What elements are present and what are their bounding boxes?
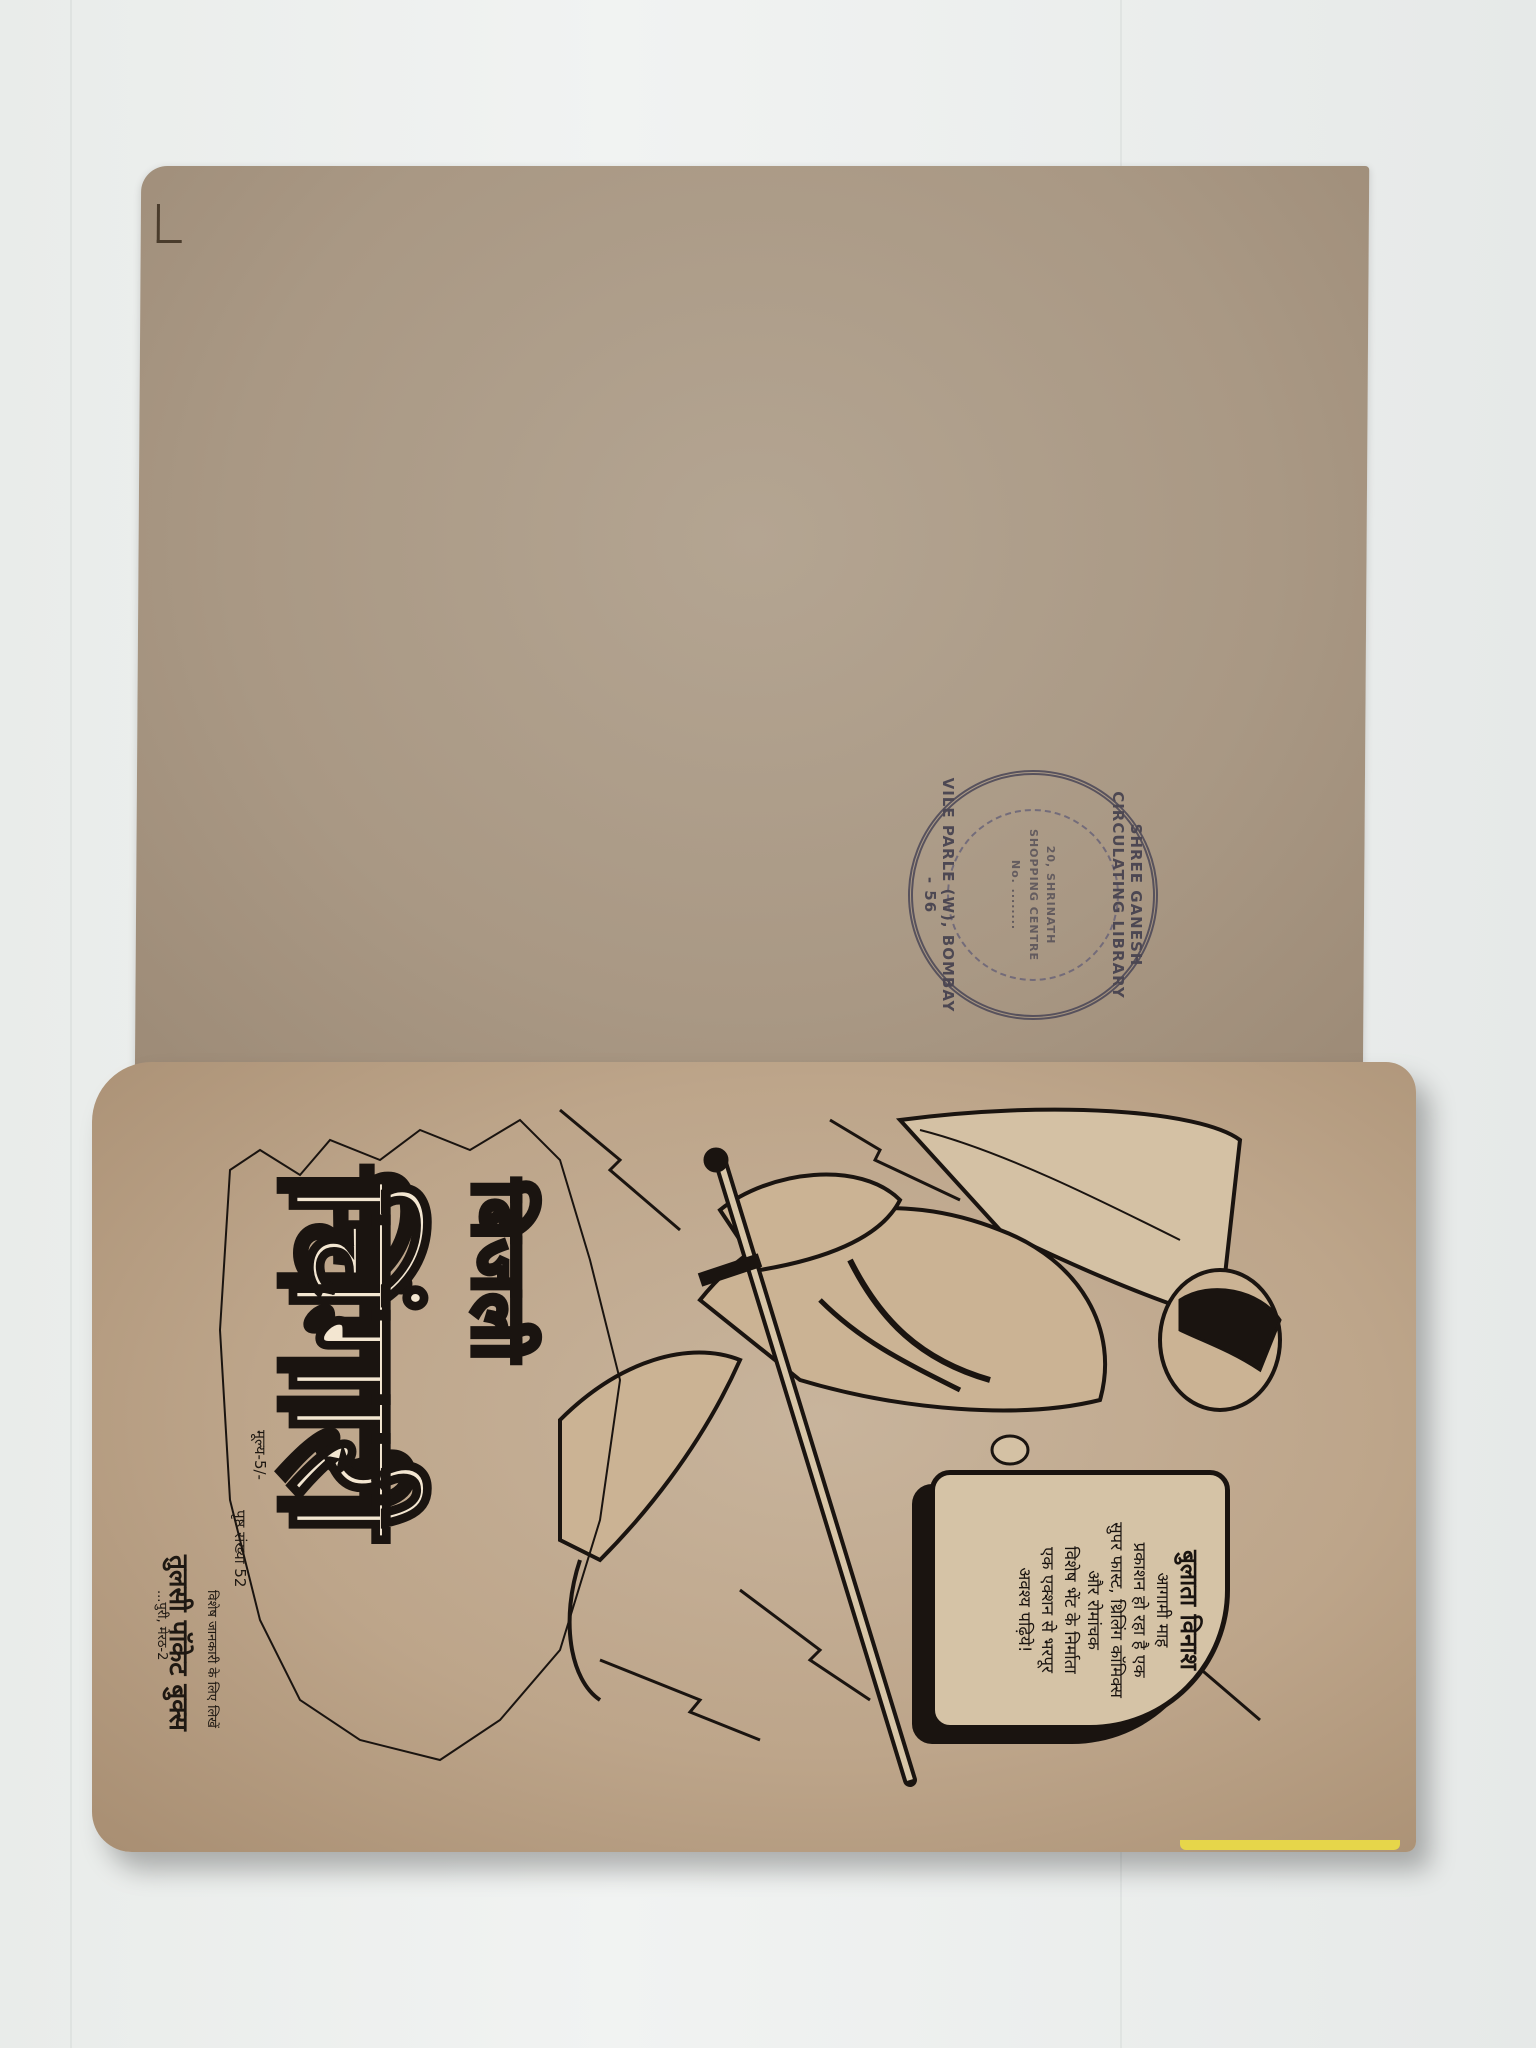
page-count-label: पृष्ठ संख्या 52 <box>230 1510 250 1587</box>
shield-line: आगामी माह <box>1150 1495 1173 1725</box>
price-label: मूल्य-5/- <box>250 1430 270 1480</box>
comic-title: चिंगारी <box>270 1180 420 1538</box>
lightning-line <box>560 1110 680 1230</box>
announcement-shield: बुलाता विनाश आगामी माह प्रकाशन हो रहा है… <box>930 1470 1230 1730</box>
comic-subtitle: बिजली <box>452 1180 550 1361</box>
shield-line: प्रकाशन हो रहा है एक <box>1127 1495 1150 1725</box>
shield-line: एक एक्शन से भरपूर <box>1035 1495 1058 1725</box>
shield-line: अवश्य पढ़िये! <box>1012 1495 1035 1725</box>
shield-heading: बुलाता विनाश <box>1173 1495 1205 1725</box>
shield-line: सुपर फास्ट, थ्रिलिंग कॉमिक्स <box>1104 1495 1127 1725</box>
shield-line: और रोमांचक <box>1081 1495 1104 1725</box>
info-line: विशेष जानकारी के लिए लिखें <box>204 1590 222 1728</box>
shield-text: बुलाता विनाश आगामी माह प्रकाशन हो रहा है… <box>1012 1495 1205 1725</box>
shield-line: विशेष भेंट के निर्माता <box>1058 1495 1081 1725</box>
publisher-address: ...पुरी, मेरठ-2 <box>154 1590 172 1660</box>
